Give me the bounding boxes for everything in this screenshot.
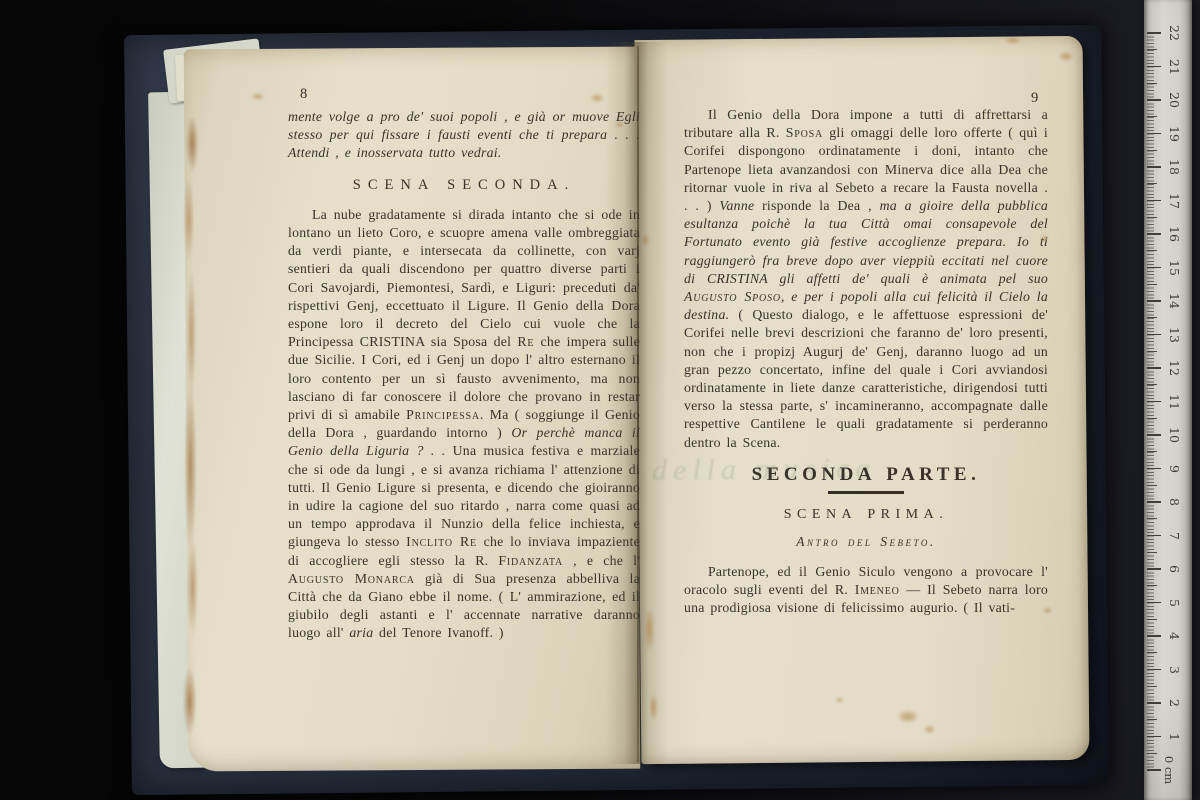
ruler-half-tick — [1147, 116, 1157, 117]
ruler-number: 0 cm — [1160, 758, 1178, 782]
foxing-spot — [641, 232, 650, 248]
ruler-number: 6 — [1166, 557, 1184, 581]
ruler-half-tick — [1147, 418, 1157, 419]
ruler-cm-tick — [1147, 434, 1161, 436]
ruler-half-tick — [1147, 753, 1157, 754]
ruler-half-tick — [1147, 585, 1157, 586]
ruler-half-tick — [1147, 652, 1157, 653]
ruler-half-tick — [1147, 485, 1157, 486]
ruler-number: 21 — [1166, 55, 1184, 79]
ruler-half-tick — [1147, 49, 1157, 50]
ruler-number: 7 — [1166, 524, 1184, 548]
foxing-spot — [1056, 50, 1076, 63]
ruler: 0 cm12345678910111213141516171819202122 — [1144, 0, 1192, 800]
ruler-number: 12 — [1166, 356, 1184, 380]
ruler-number: 17 — [1166, 189, 1184, 213]
ruler-half-tick — [1147, 284, 1157, 285]
ruler-half-tick — [1147, 552, 1157, 553]
text-run: Augusto Monarca — [288, 571, 415, 586]
text-run: Principessa — [406, 407, 480, 422]
ruler-cm-tick — [1147, 99, 1161, 101]
scene-description-paragraph: Partenope, ed il Genio Siculo vengono a … — [684, 563, 1048, 618]
right-page-text-column: Il Genio della Dora impone a tutti di af… — [684, 106, 1048, 618]
text-run: risponde la Dea , — [754, 198, 879, 213]
page-number-right: 9 — [1031, 90, 1039, 107]
ruler-half-tick — [1147, 217, 1157, 218]
ruler-half-tick — [1147, 451, 1157, 452]
ruler-cm-tick — [1147, 635, 1161, 637]
ruler-cm-tick — [1147, 669, 1161, 671]
ruler-half-tick — [1147, 384, 1157, 385]
text-run: Fidanzata — [498, 553, 563, 568]
ruler-cm-tick — [1147, 200, 1161, 202]
text-run: mente volge a pro de' suoi popoli , e gi… — [288, 109, 640, 160]
foxing-spot — [1002, 36, 1024, 45]
foxing-spot — [894, 708, 922, 725]
text-run: Sposa — [786, 125, 823, 140]
ruler-cm-tick — [1147, 300, 1161, 302]
ruler-cm-tick — [1147, 568, 1161, 570]
ruler-half-tick — [1147, 250, 1157, 251]
ruler-number: 11 — [1166, 390, 1184, 414]
ruler-half-tick — [1147, 183, 1157, 184]
ruler-cm-tick — [1147, 702, 1161, 704]
text-run: Vanne — [719, 198, 754, 213]
ruler-number: 1 — [1166, 725, 1184, 749]
ruler-cm-tick — [1147, 535, 1161, 537]
scene-heading-right: SCENA PRIMA. — [684, 506, 1048, 524]
photo-of-open-book: della musica 8 mente volge a pro de' suo… — [0, 0, 1200, 800]
ruler-half-tick — [1147, 619, 1157, 620]
torn-page-edge — [182, 118, 199, 752]
ruler-cm-tick — [1147, 468, 1161, 470]
ruler-half-tick — [1147, 150, 1157, 151]
text-run: ( Questo dialogo, e le affettuose espres… — [684, 307, 1048, 449]
ruler-cm-tick — [1147, 66, 1161, 68]
foxing-spot — [648, 690, 659, 724]
foxing-spot — [1040, 234, 1049, 243]
foxing-spot — [588, 92, 606, 104]
page-number-left: 8 — [300, 86, 308, 103]
text-run: aria — [349, 625, 373, 640]
ruler-half-tick — [1147, 686, 1157, 687]
ruler-cm-tick — [1147, 267, 1161, 269]
ruler-number: 3 — [1166, 658, 1184, 682]
foxing-spot — [250, 92, 266, 101]
ruler-number: 18 — [1166, 155, 1184, 179]
ruler-cm-tick — [1147, 736, 1161, 738]
ruler-number: 2 — [1166, 691, 1184, 715]
left-page-text-column: mente volge a pro de' suoi popoli , e gi… — [288, 108, 640, 643]
ruler-cm-tick — [1147, 166, 1161, 168]
scene-description-paragraph: La nube gradatamente si dirada intanto c… — [288, 206, 640, 643]
text-run: La nube gradatamente si dirada intanto c… — [288, 207, 640, 349]
ruler-cm-tick — [1147, 769, 1161, 771]
text-run: Augusto Sposo — [684, 289, 781, 304]
ruler-number: 4 — [1166, 624, 1184, 648]
heading-rule — [828, 491, 904, 494]
foxing-spot — [1042, 606, 1053, 615]
ruler-cm-tick — [1147, 133, 1161, 135]
ruler-number: 14 — [1166, 289, 1184, 313]
ruler-cm-tick — [1147, 334, 1161, 336]
ruler-cm-tick — [1147, 602, 1161, 604]
setting-heading: Antro del Sebeto. — [684, 533, 1048, 551]
ruler-cm-tick — [1147, 233, 1161, 235]
ruler-cm-tick — [1147, 401, 1161, 403]
ruler-cm-tick — [1147, 501, 1161, 503]
foxing-spot — [834, 696, 845, 704]
ruler-number: 15 — [1166, 256, 1184, 280]
text-run: Inclito Re — [406, 534, 477, 549]
ruler-number: 9 — [1166, 457, 1184, 481]
foxing-spot — [643, 600, 656, 658]
ruler-half-tick — [1147, 719, 1157, 720]
ruler-number: 8 — [1166, 490, 1184, 514]
ruler-half-tick — [1147, 83, 1157, 84]
ruler-number: 22 — [1166, 21, 1184, 45]
text-run: Re — [517, 334, 534, 349]
continuation-paragraph: mente volge a pro de' suoi popoli , e gi… — [288, 108, 640, 163]
ruler-half-tick — [1147, 351, 1157, 352]
ruler-number: 20 — [1166, 88, 1184, 112]
foxing-spot — [922, 724, 937, 735]
text-run: del Tenore Ivanoff. ) — [373, 625, 503, 640]
text-run: , e che l' — [563, 553, 640, 568]
ruler-number: 19 — [1166, 122, 1184, 146]
foxing-spot — [614, 120, 625, 129]
ruler-half-tick — [1147, 317, 1157, 318]
ruler-cm-tick — [1147, 367, 1161, 369]
text-run: Imeneo — [855, 582, 900, 597]
ruler-number: 16 — [1166, 222, 1184, 246]
ruler-number: 13 — [1166, 323, 1184, 347]
ruler-half-tick — [1147, 518, 1157, 519]
scene-heading-left: SCENA SECONDA. — [288, 176, 640, 194]
ruler-number: 5 — [1166, 591, 1184, 615]
ruler-number: 10 — [1166, 423, 1184, 447]
ruler-cm-tick — [1147, 32, 1161, 34]
part-heading: SECONDA PARTE. — [684, 466, 1048, 484]
scene-description-paragraph: Il Genio della Dora impone a tutti di af… — [684, 106, 1048, 452]
